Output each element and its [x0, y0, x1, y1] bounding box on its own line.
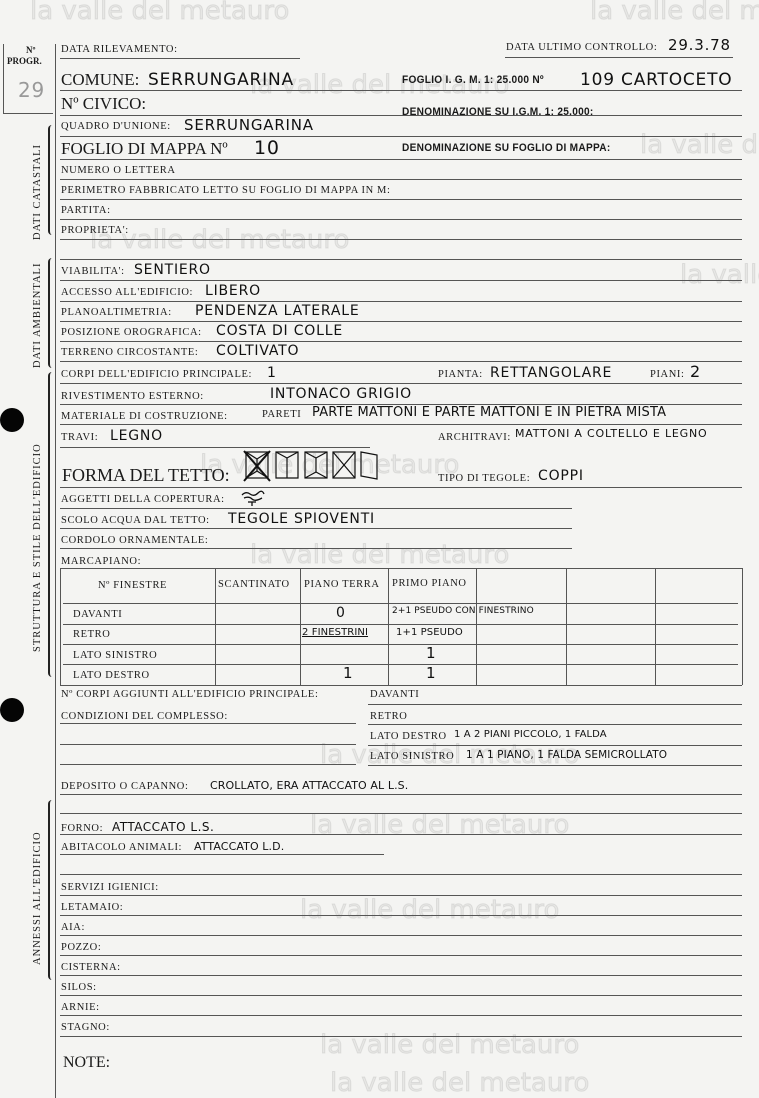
- rule: [60, 764, 356, 765]
- pianta-label: PIANTA:: [438, 369, 483, 380]
- table-row-label: LATO DESTRO: [73, 670, 150, 681]
- punch-hole: [0, 408, 24, 432]
- rule: [60, 321, 742, 322]
- table-border: [742, 568, 743, 685]
- rule: [60, 383, 742, 384]
- brace-catastali: [48, 125, 56, 235]
- deposito-value[interactable]: CROLLATO, ERA ATTACCATO AL L.S.: [210, 779, 408, 792]
- travi-label: TRAVI:: [61, 432, 98, 443]
- watermark: la valle del metauro: [250, 540, 509, 570]
- letamaio-label: LETAMAIO:: [61, 902, 123, 913]
- table-cell-value[interactable]: 1: [426, 664, 436, 682]
- abitacolo-value[interactable]: ATTACCATO L.D.: [194, 840, 284, 853]
- rule: [60, 239, 742, 240]
- pianta-value[interactable]: RETTANGOLARE: [490, 365, 612, 381]
- cisterna-label: CISTERNA:: [61, 962, 121, 973]
- table-col-divider: [566, 568, 567, 685]
- table-header: PRIMO PIANO: [392, 578, 467, 589]
- piani-label: PIANI:: [650, 369, 685, 380]
- scolo-value[interactable]: TEGOLE SPIOVENTI: [228, 511, 375, 527]
- progr-label: PROGR.: [7, 56, 42, 66]
- rule: [60, 813, 742, 814]
- rule: [60, 341, 742, 342]
- watermark: la valle del metauro: [680, 260, 759, 290]
- architravi-label: ARCHITRAVI:: [438, 432, 511, 443]
- watermark: la valle del metauro: [30, 0, 289, 26]
- table-border: [60, 568, 61, 685]
- rule: [368, 704, 742, 705]
- rule: [60, 548, 572, 549]
- roof-shape-icons: [242, 449, 382, 483]
- rule: [60, 219, 742, 220]
- partita-label: PARTITA:: [61, 205, 111, 216]
- table-cell-value[interactable]: 1: [426, 644, 436, 662]
- forno-label: FORNO:: [61, 823, 103, 834]
- roof-gable-icon[interactable]: [276, 452, 298, 478]
- corpi-aggiunti-label: Nº CORPI AGGIUNTI ALL'EDIFICIO PRINCIPAL…: [61, 689, 318, 700]
- posizione-label: POSIZIONE OROGRAFICA:: [61, 327, 202, 338]
- abitacolo-label: ABITACOLO ANIMALI:: [61, 842, 182, 853]
- table-col-divider: [215, 568, 216, 685]
- side-label-catastali: DATI CATASTALI: [32, 144, 43, 240]
- corpi-label: CORPI DELL'EDIFICIO PRINCIPALE:: [61, 369, 252, 380]
- proprieta-label: PROPRIETA':: [61, 225, 129, 236]
- corpi-lato-destro-value[interactable]: 1 A 2 PIANI PICCOLO, 1 FALDA: [454, 729, 607, 740]
- rule: [60, 259, 742, 260]
- comune-label: COMUNE:: [61, 70, 139, 90]
- table-row-line: [63, 664, 738, 665]
- pareti-label: PARETI: [262, 409, 301, 420]
- rule: [368, 745, 742, 746]
- table-col-divider: [655, 568, 656, 685]
- rule: [60, 487, 742, 488]
- data-rilevamento-field[interactable]: [190, 44, 300, 58]
- quadro-label: QUADRO D'UNIONE:: [61, 121, 171, 132]
- table-cell-value[interactable]: 2 FINESTRINI: [302, 627, 368, 638]
- piani-value[interactable]: 2: [690, 362, 701, 381]
- terreno-label: TERRENO CIRCOSTANTE:: [61, 347, 198, 358]
- table-row-label: DAVANTI: [73, 609, 122, 620]
- roof-pavilion-icon[interactable]: [333, 452, 355, 478]
- posizione-value[interactable]: COSTA DI COLLE: [216, 323, 343, 339]
- viabilita-label: VIABILITA':: [61, 266, 125, 277]
- rule: [60, 447, 370, 448]
- cordolo-label: CORDOLO ORNAMENTALE:: [61, 535, 208, 546]
- rule: [60, 1036, 742, 1037]
- rule: [60, 834, 742, 835]
- rivestimento-label: RIVESTIMENTO ESTERNO:: [61, 391, 204, 402]
- corpi-davanti-label: DAVANTI: [370, 689, 419, 700]
- arnie-label: ARNIE:: [61, 1002, 100, 1013]
- rule: [60, 58, 300, 59]
- table-border: [60, 685, 742, 686]
- pozzo-label: POZZO:: [61, 942, 101, 953]
- table-header: SCANTINATO: [218, 579, 290, 590]
- planoaltimetria-value[interactable]: PENDENZA LATERALE: [195, 303, 359, 319]
- accesso-value[interactable]: LIBERO: [205, 283, 261, 299]
- foglio-mappa-value[interactable]: 10: [254, 137, 280, 159]
- architravi-value[interactable]: MATTONI A COLTELLO E LEGNO: [515, 427, 707, 440]
- perimetro-label: PERIMETRO FABBRICATO LETTO SU FOGLIO DI …: [61, 185, 391, 196]
- watermark: la valle del metauro: [640, 130, 759, 160]
- rule: [60, 874, 742, 875]
- corpi-lato-sinistro-value[interactable]: 1 A 1 PIANO, 1 FALDA SEMICROLLATO: [466, 749, 667, 761]
- table-row-line: [63, 603, 738, 604]
- rule: [60, 179, 742, 180]
- progr-box-bottom: [3, 113, 53, 114]
- note-field[interactable]: [120, 1050, 740, 1090]
- rule: [60, 915, 742, 916]
- servizi-label: SERVIZI IGIENICI:: [61, 882, 159, 893]
- rule: [60, 975, 742, 976]
- rule: [60, 723, 356, 724]
- silos-label: SILOS:: [61, 982, 97, 993]
- rule: [60, 280, 742, 281]
- rule: [60, 301, 742, 302]
- side-label-annessi: ANNESSI ALL'EDIFICIO: [32, 831, 43, 965]
- stagno-label: STAGNO:: [61, 1022, 110, 1033]
- forno-value[interactable]: ATTACCATO L.S.: [112, 820, 214, 834]
- table-cell-value[interactable]: 0: [336, 605, 346, 621]
- foglio-igm-value[interactable]: 109 CARTOCETO: [580, 70, 732, 90]
- corpi-retro-label: RETRO: [370, 711, 407, 722]
- note-label: NOTE:: [63, 1054, 110, 1072]
- corpi-lato-destro-label: LATO DESTRO: [370, 731, 447, 742]
- watermark: la valle del metauro: [310, 810, 569, 840]
- watermark: la valle del metauro: [590, 0, 759, 26]
- denom-igm-field[interactable]: [630, 102, 740, 116]
- rule: [368, 724, 742, 725]
- progr-label: Nº: [26, 45, 35, 55]
- rule: [60, 528, 572, 529]
- condizioni-label: CONDIZIONI DEL COMPLESSO:: [61, 711, 228, 722]
- denom-igm-label: DENOMINAZIONE SU I.G.M. 1: 25.000:: [402, 106, 594, 118]
- rule: [60, 424, 742, 425]
- side-label-struttura: STRUTTURA E STILE DELL'EDIFICIO: [32, 443, 43, 652]
- watermark: la valle del metauro: [90, 225, 349, 255]
- table-col-divider: [388, 568, 389, 685]
- table-header: PIANO TERRA: [304, 579, 380, 590]
- scolo-label: SCOLO ACQUA DAL TETTO:: [61, 515, 210, 526]
- rule: [505, 57, 733, 58]
- planoaltimetria-label: PLANOALTIMETRIA:: [61, 307, 172, 318]
- rule: [60, 854, 384, 855]
- rule: [60, 955, 742, 956]
- table-row-line: [63, 624, 738, 625]
- denom-mappa-label: DENOMINAZIONE SU FOGLIO DI MAPPA:: [402, 142, 611, 154]
- travi-value[interactable]: LEGNO: [110, 428, 163, 444]
- roof-hip-long-icon[interactable]: [305, 452, 327, 478]
- rule: [60, 744, 356, 745]
- corpi-lato-sinistro-label: LATO SINISTRO: [370, 751, 454, 762]
- table-cell-value[interactable]: 1+1 PSEUDO: [396, 627, 463, 638]
- progr-value: 29: [18, 78, 45, 102]
- rule: [60, 90, 742, 91]
- civico-label: Nº CIVICO:: [61, 94, 146, 114]
- brace-struttura: [48, 372, 56, 677]
- data-ultimo-controllo-value[interactable]: 29.3.78: [668, 36, 731, 54]
- viabilita-value[interactable]: SENTIERO: [134, 262, 211, 278]
- marcapiano-label: MARCAPIANO:: [61, 556, 141, 567]
- side-label-ambientali: DATI AMBIENTALI: [32, 263, 43, 368]
- materiale-label: MATERIALE DI COSTRUZIONE:: [61, 411, 228, 422]
- rule: [60, 361, 742, 362]
- table-cell-value[interactable]: 1: [343, 664, 353, 682]
- rule: [60, 199, 742, 200]
- cornice-sketch-icon: [240, 489, 266, 507]
- rivestimento-value[interactable]: INTONACO GRIGIO: [270, 386, 412, 402]
- table-header: Nº FINESTRE: [98, 580, 167, 591]
- tegole-label: TIPO DI TEGOLE:: [438, 473, 530, 484]
- comune-value[interactable]: SERRUNGARINA: [148, 70, 294, 90]
- data-rilevamento-label: DATA RILEVAMENTO:: [61, 44, 178, 55]
- roof-single-pitch-icon[interactable]: [361, 452, 377, 479]
- rule: [60, 159, 742, 160]
- corpi-value[interactable]: 1: [267, 365, 277, 381]
- rule: [60, 794, 742, 795]
- roof-hip-crossed-icon[interactable]: [244, 451, 270, 481]
- rule: [60, 995, 742, 996]
- foglio-igm-label: FOGLIO I. G. M. 1: 25.000 Nº: [402, 74, 544, 86]
- forma-tetto-label: FORMA DEL TETTO:: [62, 465, 230, 486]
- rule: [368, 765, 742, 766]
- table-cell-value[interactable]: 2+1 PSEUDO CON FINESTRINO: [392, 606, 534, 616]
- table-col-divider: [300, 568, 301, 685]
- rule: [60, 1015, 742, 1016]
- foglio-mappa-label: FOGLIO DI MAPPA Nº: [61, 139, 228, 159]
- watermark: la valle del metauro: [300, 895, 559, 925]
- rule: [60, 568, 742, 569]
- accesso-label: ACCESSO ALL'EDIFICIO:: [61, 287, 193, 298]
- rule: [60, 508, 572, 509]
- rule: [60, 935, 742, 936]
- rule: [60, 136, 742, 137]
- table-row-label: LATO SINISTRO: [73, 650, 157, 661]
- data-ultimo-controllo-label: DATA ULTIMO CONTROLLO:: [506, 42, 657, 53]
- numero-label: NUMERO o LETTERA: [61, 165, 176, 176]
- brace-ambientali: [48, 258, 56, 368]
- brace-annessi: [48, 800, 56, 980]
- rule: [60, 895, 742, 896]
- aggetti-label: AGGETTI DELLA COPERTURA:: [61, 494, 225, 505]
- progr-box-left: [3, 44, 4, 114]
- table-col-divider: [476, 568, 477, 685]
- terreno-value[interactable]: COLTIVATO: [216, 343, 299, 359]
- quadro-value[interactable]: SERRUNGARINA: [184, 116, 314, 134]
- table-row-label: RETRO: [73, 629, 110, 640]
- tegole-value[interactable]: COPPI: [538, 468, 584, 484]
- table-row-line: [63, 644, 738, 645]
- deposito-label: DEPOSITO o CAPANNO:: [61, 781, 189, 792]
- aia-label: AIA:: [61, 922, 85, 933]
- punch-hole: [0, 698, 24, 722]
- materiale-value[interactable]: PARTE MATTONI E PARTE MATTONI E IN PIETR…: [312, 405, 666, 420]
